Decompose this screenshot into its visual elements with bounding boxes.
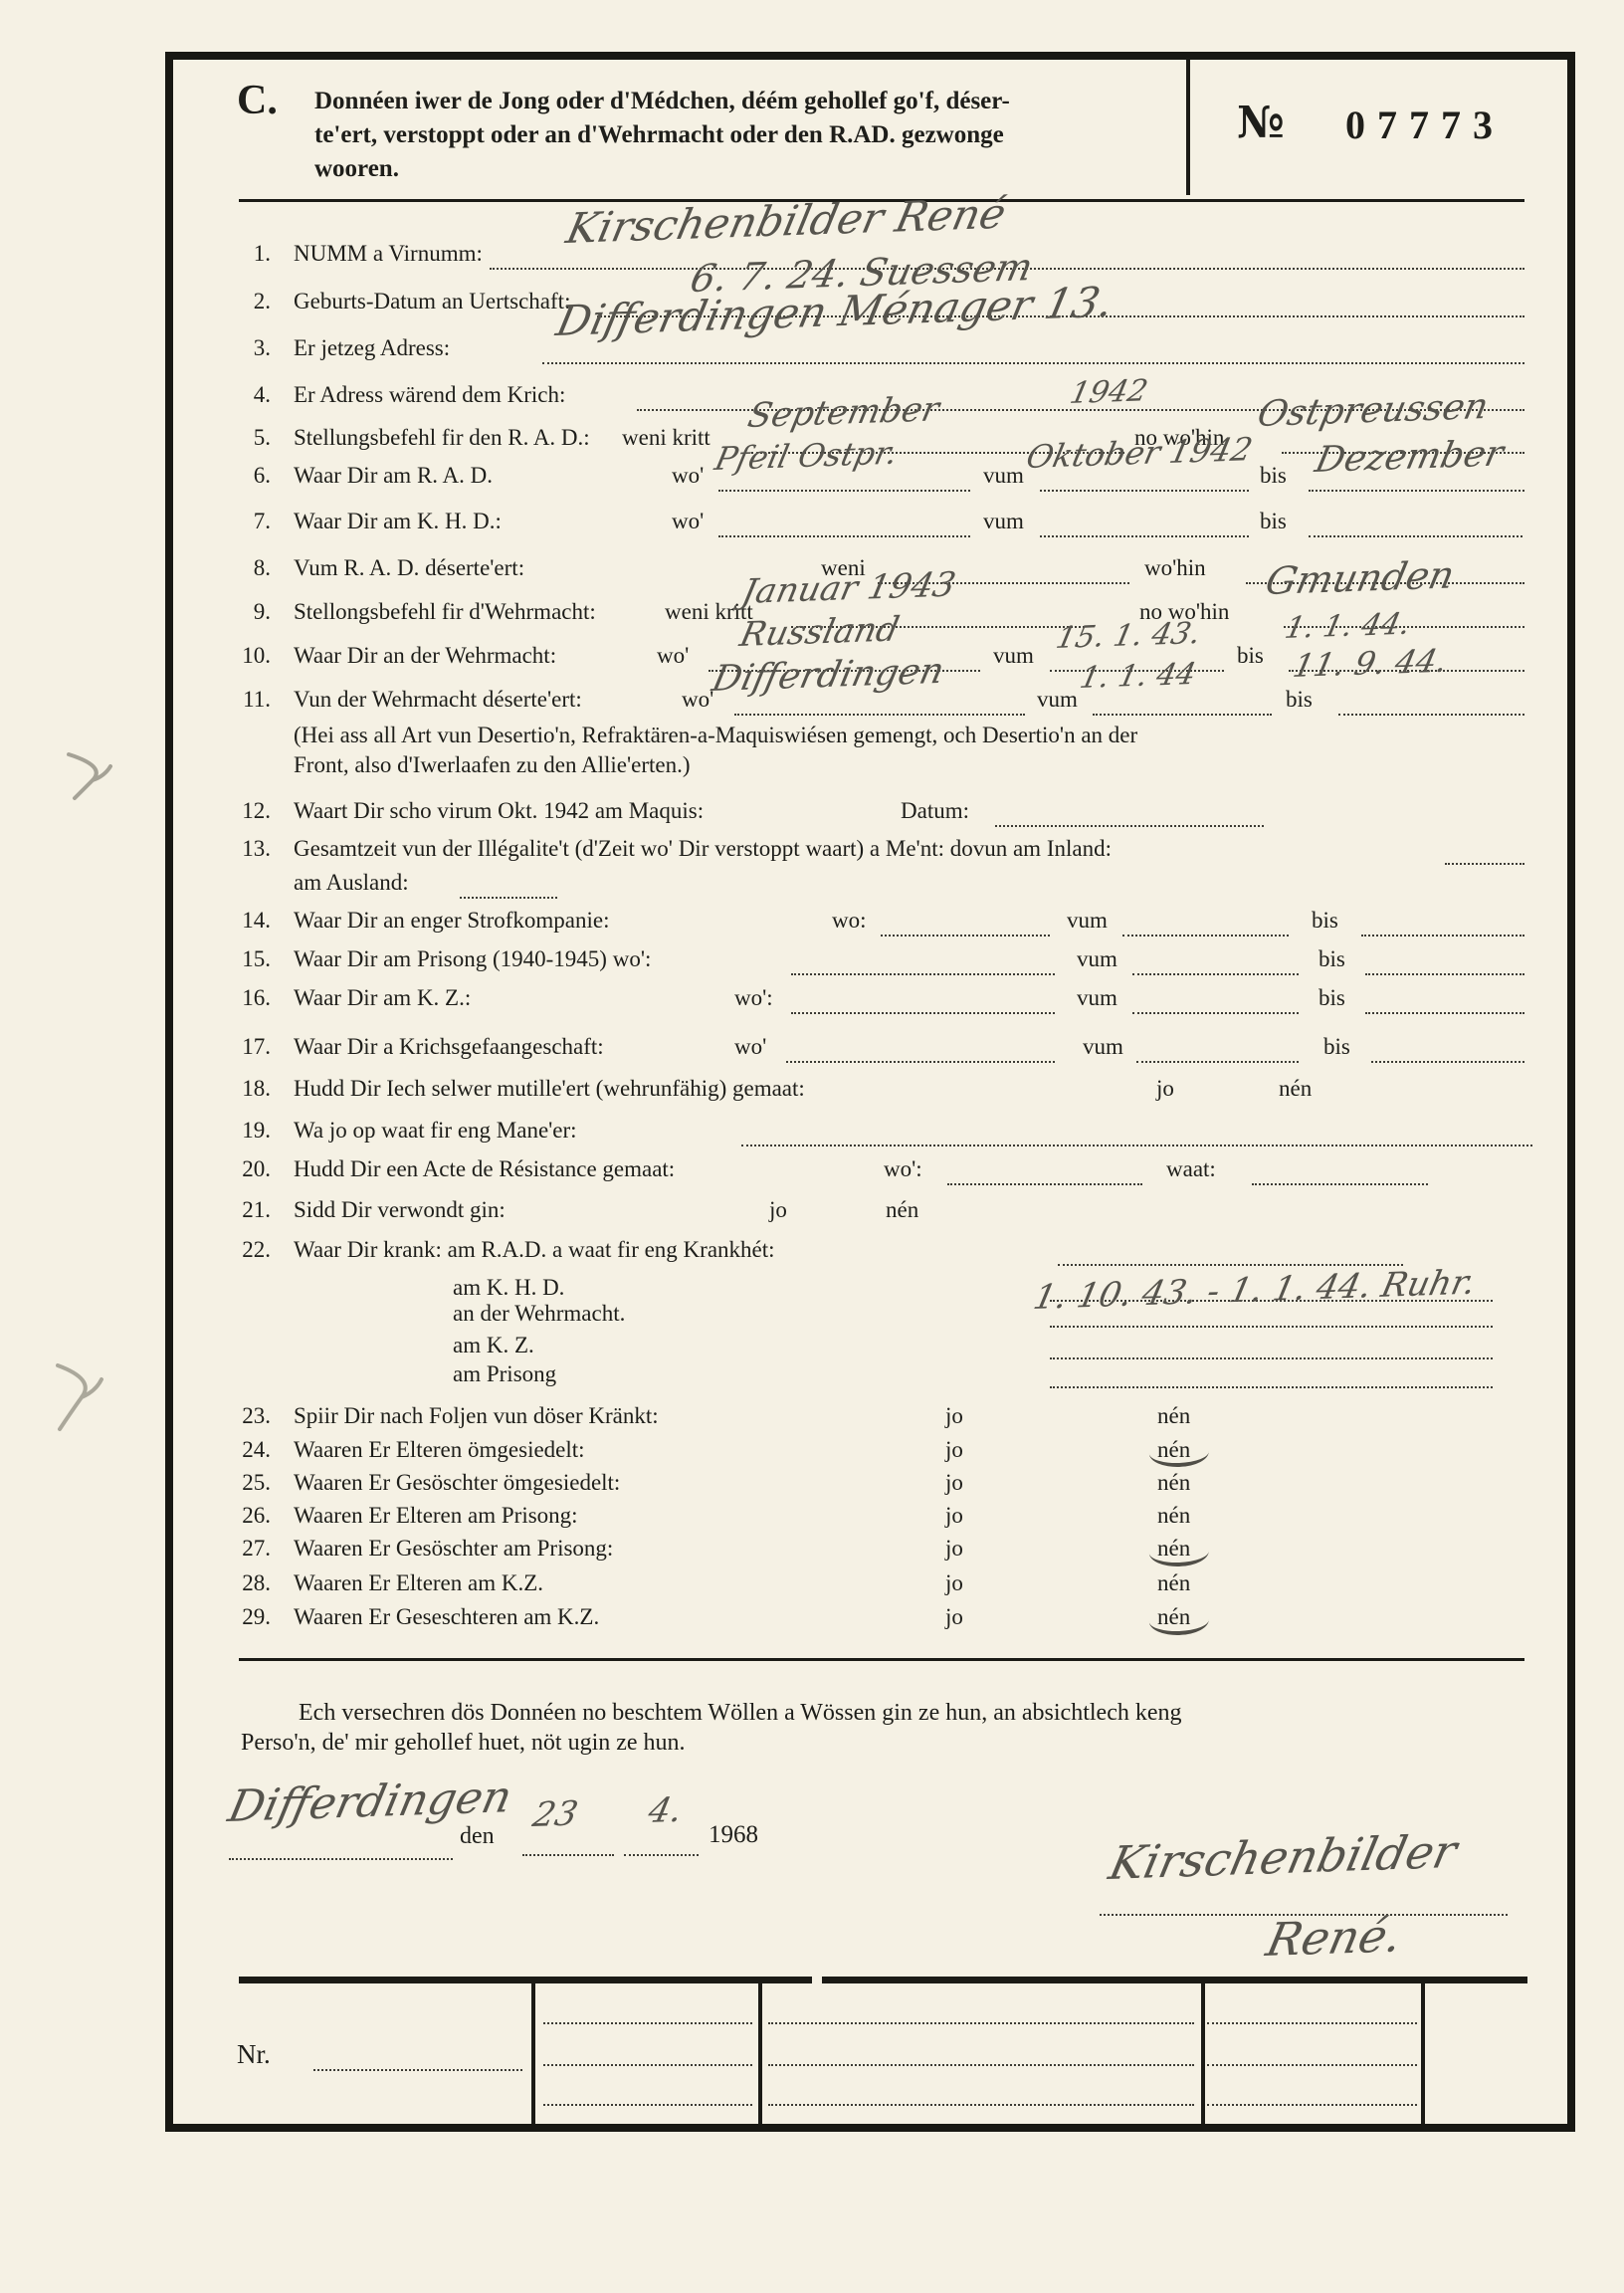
field-keyword: bis bbox=[1286, 687, 1313, 712]
dotted-line bbox=[229, 1855, 453, 1860]
dotted-line bbox=[543, 2101, 752, 2106]
row-12-label: Waart Dir scho virum Okt. 1942 am Maquis… bbox=[294, 798, 704, 823]
row-28-label: Waaren Er Elteren am K.Z. bbox=[294, 1570, 543, 1595]
option-nen: nén bbox=[886, 1197, 918, 1222]
option-jo: jo bbox=[945, 1403, 963, 1428]
row-number: 22. bbox=[221, 1237, 271, 1262]
field-keyword: bis bbox=[1260, 463, 1287, 488]
dotted-line bbox=[543, 2061, 752, 2066]
option-jo: jo bbox=[945, 1604, 963, 1629]
row-1-label: NUMM a Virnumm: bbox=[294, 241, 483, 266]
field-keyword: vum bbox=[1077, 946, 1117, 971]
dotted-line bbox=[1309, 532, 1522, 537]
row-10-label: Waar Dir an der Wehrmacht: bbox=[294, 643, 556, 668]
row-number: 4. bbox=[221, 382, 271, 407]
row-22-sub-khd: am K. H. D. bbox=[453, 1275, 564, 1300]
dotted-line bbox=[1040, 487, 1249, 492]
row-11-note2: Front, also d'Iwerlaafen zu den Allie'er… bbox=[294, 752, 691, 777]
row-15-label: Waar Dir am Prisong (1940-1945) wo': bbox=[294, 946, 651, 971]
row-9-label: Stellongsbefehl fir d'Wehrmacht: bbox=[294, 599, 596, 624]
table-column-line bbox=[531, 1983, 535, 2124]
field-keyword: wo': bbox=[884, 1156, 922, 1181]
dotted-line bbox=[313, 2066, 522, 2071]
dotted-line bbox=[1050, 1383, 1493, 1388]
margin-pen-mark bbox=[42, 1346, 121, 1445]
row-11-note1: (Hei ass all Art vun Desertio'n, Refrakt… bbox=[294, 723, 1137, 747]
row-number: 28. bbox=[221, 1570, 271, 1595]
row-number: 24. bbox=[221, 1437, 271, 1462]
header-divider bbox=[1186, 58, 1190, 195]
row-number: 12. bbox=[221, 798, 271, 823]
row-number: 21. bbox=[221, 1197, 271, 1222]
row-14-label: Waar Dir an enger Strofkompanie: bbox=[294, 908, 609, 933]
dotted-line bbox=[1040, 532, 1249, 537]
row-16-label: Waar Dir am K. Z.: bbox=[294, 985, 471, 1010]
dotted-line bbox=[734, 711, 1025, 716]
dotted-line bbox=[1207, 2061, 1417, 2066]
row-23-label: Spiir Dir nach Foljen vun döser Kränkt: bbox=[294, 1403, 659, 1428]
dotted-line bbox=[741, 1142, 1532, 1146]
row-number: 10. bbox=[221, 643, 271, 668]
row-number: 2. bbox=[221, 289, 271, 313]
dotted-line bbox=[768, 2101, 1194, 2106]
dotted-line bbox=[1207, 2101, 1417, 2106]
dotted-line bbox=[718, 487, 970, 492]
field-keyword: bis bbox=[1260, 509, 1287, 533]
row-number: 27. bbox=[221, 1536, 271, 1561]
entry-desert-place: Differdingen bbox=[709, 651, 947, 700]
row-number: 7. bbox=[221, 509, 271, 533]
field-keyword: bis bbox=[1323, 1034, 1350, 1059]
field-keyword: wo' bbox=[657, 643, 689, 668]
row-17-label: Waar Dir a Krichsgefaangeschaft: bbox=[294, 1034, 604, 1059]
dotted-line bbox=[947, 1180, 1142, 1185]
entry-rad-order-year: 1942 bbox=[1067, 373, 1150, 411]
dotted-line bbox=[768, 2019, 1194, 2024]
row-22-sub-kz: am K. Z. bbox=[453, 1333, 534, 1357]
field-keyword: vum bbox=[983, 463, 1024, 488]
section-letter: C. bbox=[237, 78, 278, 123]
option-nen: nén bbox=[1157, 1570, 1190, 1595]
row-number: 16. bbox=[221, 985, 271, 1010]
row-22-sub-prisong: am Prisong bbox=[453, 1361, 556, 1386]
entry-wm-to: 1. 1. 44. bbox=[1282, 607, 1414, 646]
dotted-line bbox=[786, 1058, 1055, 1063]
entry-rad-order-where: Ostpreussen bbox=[1254, 386, 1492, 435]
nr-label: Nr. bbox=[237, 2040, 271, 2070]
option-jo: jo bbox=[945, 1470, 963, 1495]
option-nen: nén bbox=[1157, 1403, 1190, 1428]
dotted-line bbox=[1136, 1058, 1299, 1063]
table-top-rule bbox=[239, 1977, 812, 1983]
field-keyword: wo' bbox=[734, 1034, 766, 1059]
field-keyword: vum bbox=[1077, 985, 1117, 1010]
entry-rad-to: Dezember bbox=[1312, 434, 1507, 481]
entry-rad-order-when: September bbox=[744, 389, 942, 436]
dotted-line bbox=[1371, 1058, 1524, 1063]
dotted-line bbox=[1058, 1261, 1403, 1266]
dotted-line bbox=[1132, 1009, 1299, 1014]
serial-number: 07773 bbox=[1345, 104, 1505, 147]
dotted-line bbox=[718, 532, 970, 537]
dotted-line bbox=[1361, 932, 1524, 937]
row-number: 9. bbox=[221, 599, 271, 624]
row-number: 19. bbox=[221, 1118, 271, 1143]
row-number: 14. bbox=[221, 908, 271, 933]
row-number: 1. bbox=[221, 241, 271, 266]
option-jo: jo bbox=[945, 1437, 963, 1462]
dotted-line bbox=[460, 894, 557, 899]
row-number: 26. bbox=[221, 1503, 271, 1528]
field-keyword: wo' bbox=[672, 463, 704, 488]
dotted-line bbox=[1093, 711, 1272, 716]
row-number: 25. bbox=[221, 1470, 271, 1495]
row-number: 11. bbox=[221, 687, 271, 712]
table-column-line bbox=[1421, 1983, 1425, 2124]
row-27-label: Waaren Er Gesöschter am Prisong: bbox=[294, 1536, 613, 1561]
dotted-line bbox=[881, 932, 1050, 937]
entry-date-day: 23 bbox=[529, 1794, 581, 1835]
row-number: 29. bbox=[221, 1604, 271, 1629]
entry-wm-order-where: Gmunden bbox=[1262, 553, 1459, 603]
row-21-label: Sidd Dir verwondt gin: bbox=[294, 1197, 506, 1222]
dotted-line bbox=[542, 359, 1524, 364]
row-8-label: Vum R. A. D. déserte'ert: bbox=[294, 555, 524, 580]
field-keyword: bis bbox=[1319, 946, 1345, 971]
option-nen: nén bbox=[1157, 1503, 1190, 1528]
row-number: 23. bbox=[221, 1403, 271, 1428]
dotted-line bbox=[1050, 1355, 1493, 1359]
margin-pen-mark bbox=[55, 736, 134, 816]
field-keyword: wo' bbox=[672, 509, 704, 533]
field-keyword: vum bbox=[993, 643, 1034, 668]
entry-wm-order-when: Januar 1943 bbox=[738, 565, 959, 612]
row-6-label: Waar Dir am R. A. D. bbox=[294, 463, 493, 488]
field-keyword: vum bbox=[983, 509, 1024, 533]
field-keyword: wo: bbox=[832, 908, 867, 933]
row-number: 6. bbox=[221, 463, 271, 488]
field-keyword: bis bbox=[1319, 985, 1345, 1010]
table-column-line bbox=[1201, 1983, 1205, 2124]
option-jo: jo bbox=[1156, 1076, 1174, 1101]
dotted-line bbox=[624, 1851, 699, 1856]
row-29-label: Waaren Er Geseschteren am K.Z. bbox=[294, 1604, 599, 1629]
field-keyword: weni kritt bbox=[622, 425, 710, 450]
row-24-label: Waaren Er Elteren ömgesiedelt: bbox=[294, 1437, 585, 1462]
row-5-label: Stellungsbefehl fir den R. A. D.: bbox=[294, 425, 590, 450]
dotted-line bbox=[1338, 711, 1524, 716]
form-title-line1: Donnéen iwer de Jong oder d'Médchen, déé… bbox=[314, 88, 1010, 115]
entry-wm-place: Russland bbox=[736, 610, 903, 655]
row-20-label: Hudd Dir een Acte de Résistance gemaat: bbox=[294, 1156, 675, 1181]
row-22-sub-wehrmacht: an der Wehrmacht. bbox=[453, 1301, 625, 1326]
row-13-line2: am Ausland: bbox=[294, 870, 409, 895]
dotted-line bbox=[1252, 1180, 1428, 1185]
dotted-line bbox=[1445, 860, 1524, 865]
field-keyword: bis bbox=[1312, 908, 1338, 933]
row-3-label: Er jetzeg Adress: bbox=[294, 335, 450, 360]
dotted-line bbox=[768, 2061, 1194, 2066]
form-title-line3: wooren. bbox=[314, 155, 399, 183]
option-jo: jo bbox=[945, 1536, 963, 1561]
scanned-form-page: C. Donnéen iwer de Jong oder d'Médchen, … bbox=[0, 0, 1624, 2293]
table-top-rule bbox=[822, 1977, 1527, 1983]
field-keyword: bis bbox=[1237, 643, 1264, 668]
dotted-line bbox=[1309, 487, 1524, 492]
row-number: 3. bbox=[221, 335, 271, 360]
option-jo: jo bbox=[769, 1197, 787, 1222]
field-keyword: wo': bbox=[734, 985, 773, 1010]
dotted-line bbox=[1365, 1009, 1524, 1014]
entry-desert-from: 1. 1. 44 bbox=[1077, 657, 1199, 696]
dotted-line bbox=[995, 822, 1264, 827]
entry-wm-from: 15. 1. 43. bbox=[1053, 616, 1204, 656]
row-number: 17. bbox=[221, 1034, 271, 1059]
row-number: 18. bbox=[221, 1076, 271, 1101]
signature-firstname: René. bbox=[1262, 1908, 1407, 1967]
entry-desert-to: 11. 9. 44. bbox=[1290, 642, 1451, 685]
entry-rad-place: Pfeil Ostpr. bbox=[711, 434, 902, 478]
table-column-line bbox=[758, 1983, 762, 2124]
separator-rule bbox=[239, 1658, 1524, 1661]
declaration-line1: Ech versechren dös Donnéen no beschtem W… bbox=[299, 1700, 1182, 1726]
dotted-line bbox=[1207, 2019, 1417, 2024]
dotted-line bbox=[1365, 970, 1524, 975]
dotted-line bbox=[791, 970, 1055, 975]
row-number: 8. bbox=[221, 555, 271, 580]
dotted-line bbox=[522, 1851, 614, 1856]
date-year: 1968 bbox=[709, 1821, 758, 1849]
field-keyword: wo'hin bbox=[1144, 555, 1206, 580]
option-jo: jo bbox=[945, 1503, 963, 1528]
row-number: 15. bbox=[221, 946, 271, 971]
row-25-label: Waaren Er Gesöschter ömgesiedelt: bbox=[294, 1470, 620, 1495]
row-number: 13. bbox=[221, 836, 271, 861]
row-22-label: Waar Dir krank: am R.A.D. a waat fir eng… bbox=[294, 1237, 775, 1262]
declaration-line2: Perso'n, de' mir gehollef huet, nöt ugin… bbox=[241, 1730, 686, 1756]
field-keyword: Datum: bbox=[901, 798, 969, 823]
option-nen: nén bbox=[1279, 1076, 1312, 1101]
dotted-line bbox=[543, 2019, 752, 2024]
option-jo: jo bbox=[945, 1570, 963, 1595]
dotted-line bbox=[791, 1009, 1055, 1014]
option-nen: nén bbox=[1157, 1470, 1190, 1495]
number-sign: № bbox=[1237, 100, 1285, 147]
row-19-label: Wa jo op waat fir eng Mane'er: bbox=[294, 1118, 577, 1143]
dotted-line bbox=[1132, 970, 1299, 975]
field-keyword: vum bbox=[1037, 687, 1078, 712]
form-title-line2: te'ert, verstoppt oder an d'Wehrmacht od… bbox=[314, 121, 1004, 149]
row-number: 5. bbox=[221, 425, 271, 450]
row-number: 20. bbox=[221, 1156, 271, 1181]
row-13-label: Gesamtzeit vun der Illégalite't (d'Zeit … bbox=[294, 836, 1112, 861]
field-keyword: vum bbox=[1067, 908, 1108, 933]
date-den-label: den bbox=[460, 1823, 495, 1849]
field-keyword: vum bbox=[1083, 1034, 1123, 1059]
row-7-label: Waar Dir am K. H. D.: bbox=[294, 509, 502, 533]
row-18-label: Hudd Dir Iech selwer mutille'ert (wehrun… bbox=[294, 1076, 805, 1101]
field-keyword: waat: bbox=[1166, 1156, 1216, 1181]
row-11-label: Vun der Wehrmacht déserte'ert: bbox=[294, 687, 582, 712]
row-26-label: Waaren Er Elteren am Prisong: bbox=[294, 1503, 578, 1528]
row-4-label: Er Adress wärend dem Krich: bbox=[294, 382, 565, 407]
row-2-label: Geburts-Datum an Uertschaft: bbox=[294, 289, 570, 313]
dotted-line bbox=[1122, 932, 1289, 937]
dotted-line bbox=[1050, 1323, 1493, 1328]
